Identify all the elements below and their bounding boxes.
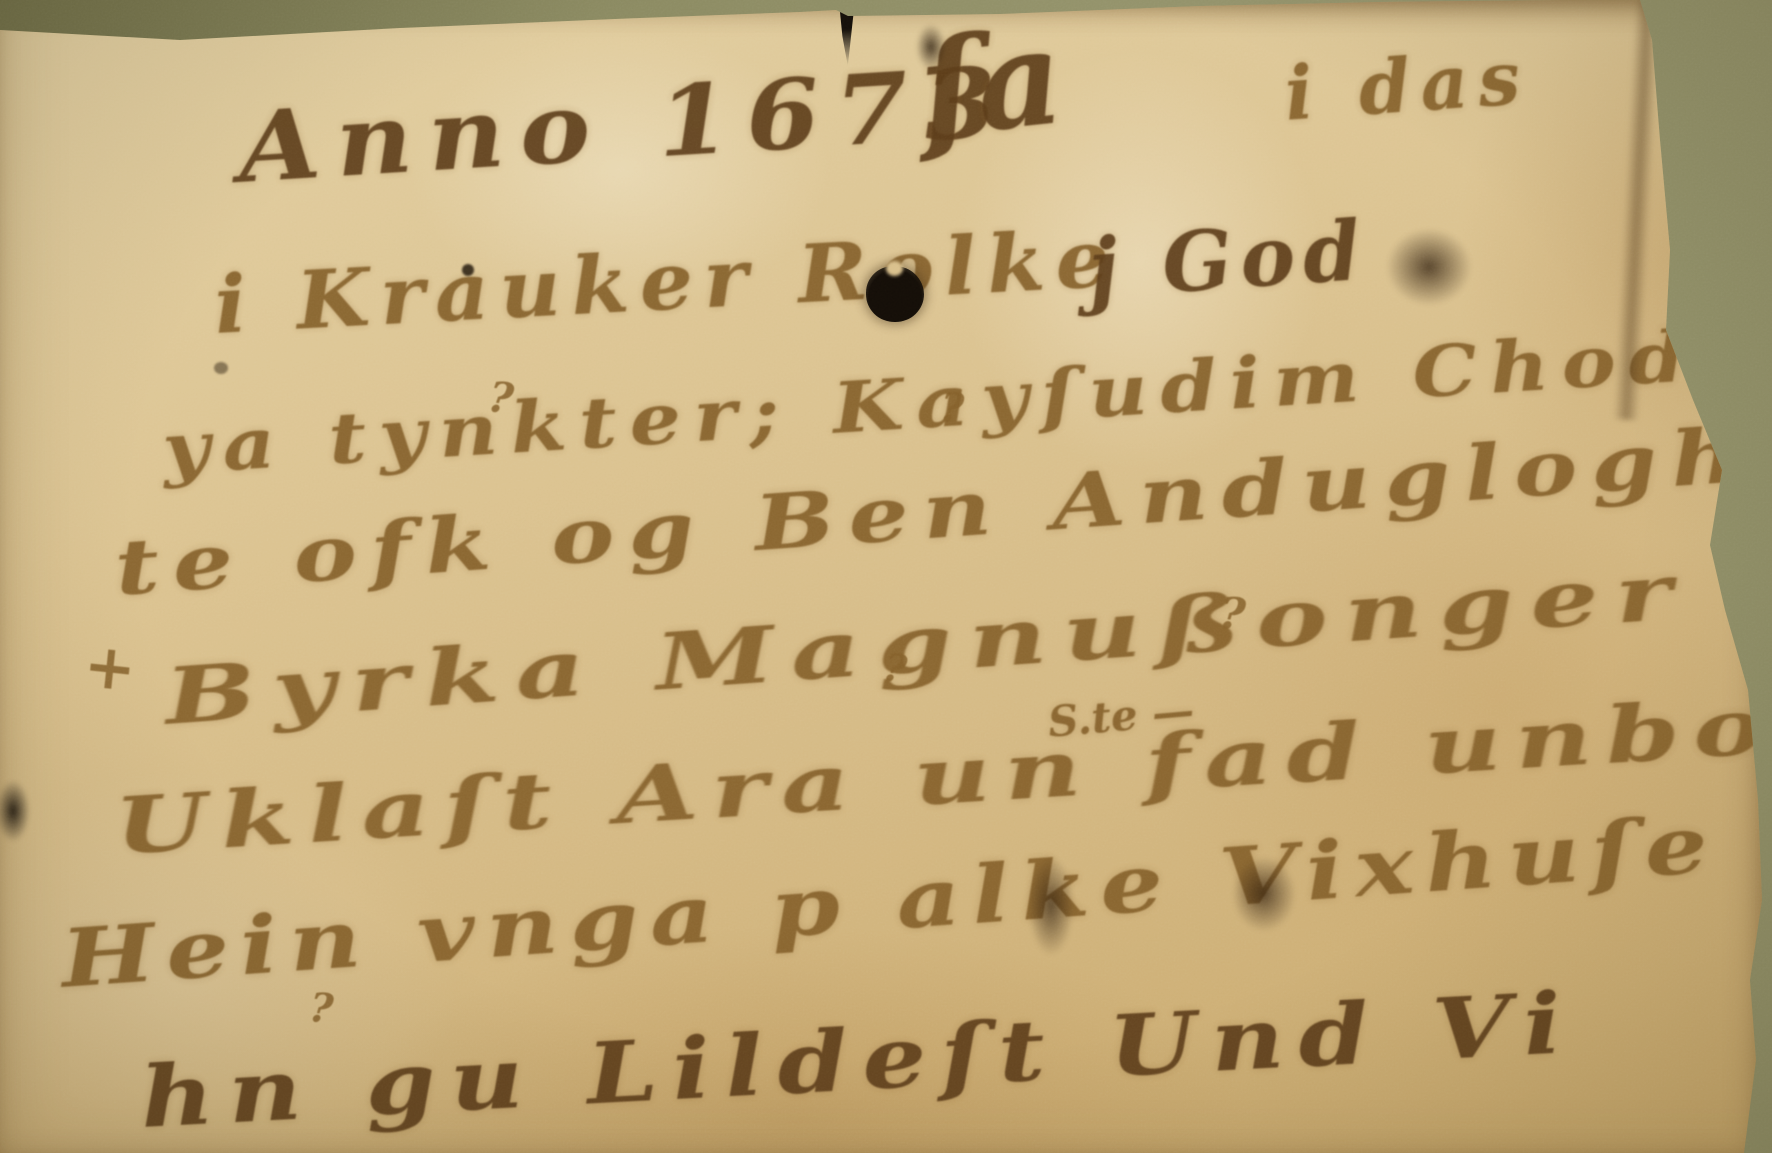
photo-of-manuscript: Anno 1673 ſa i das i Krauker Rolke j God…: [0, 0, 1772, 1153]
ink-speck: [462, 264, 474, 276]
ink-blot: [1232, 856, 1296, 932]
ink-blot: [916, 24, 946, 70]
paper-hole: [866, 266, 924, 322]
ink-blot: [1386, 228, 1472, 306]
handwritten-line-1-date: Anno 1673: [235, 45, 1016, 205]
pen-flourish-mark: ?: [307, 984, 335, 1033]
manuscript-paper: Anno 1673 ſa i das i Krauker Rolke j God…: [0, 0, 1772, 1153]
handwritten-line-2-right: j God: [1085, 202, 1371, 317]
handwritten-line-2-left: i Krauker Rolke: [212, 211, 1122, 352]
pen-cross-mark: +: [80, 628, 139, 706]
handwritten-line-1-end: i das: [1282, 35, 1533, 138]
ink-blot: [1028, 856, 1074, 956]
pen-flourish-mark: ?: [939, 384, 966, 433]
pen-flourish-mark: ?: [1217, 588, 1248, 641]
handwritten-line-8-partial: hn gu Lildeſt Und Vi: [138, 973, 1578, 1147]
paper-hole-notch: [886, 261, 903, 276]
ink-blot: [0, 780, 30, 842]
ink-speck: [214, 362, 228, 374]
